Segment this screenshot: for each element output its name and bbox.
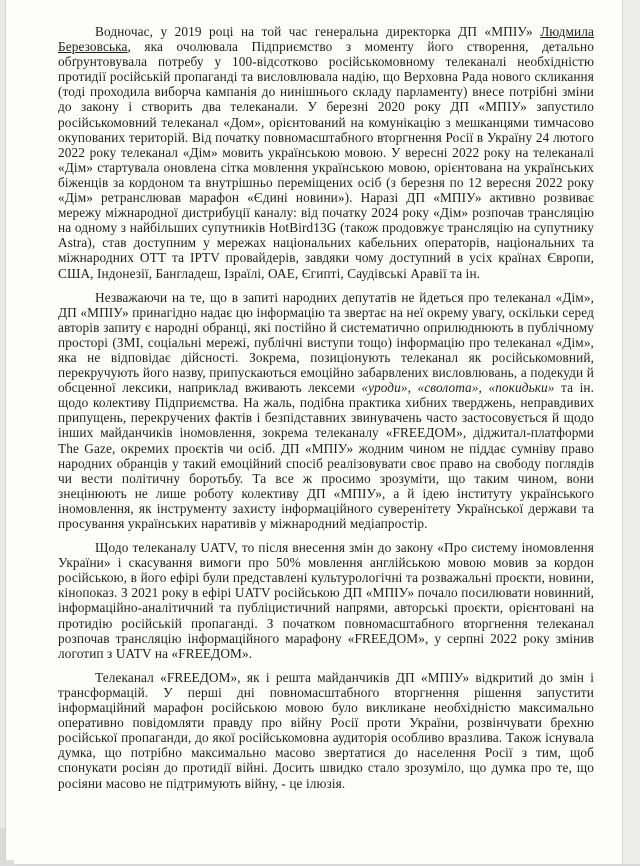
paragraph-1-text: Водночас, у 2019 році на той час генерал… [95, 24, 540, 39]
paragraph-2-text-cont: та ін. щодо колективу Підприємства. На ж… [58, 380, 594, 531]
paragraph-3-text: Щодо телеканалу UATV, то після внесення … [58, 540, 594, 661]
paragraph-4-text: Телеканал «FREEДОМ», як і решта майданчи… [58, 670, 594, 791]
paragraph-1-text-cont: , яка очолювала Підприємство з моменту й… [58, 39, 594, 280]
paragraph-1: Водночас, у 2019 році на той час генерал… [58, 24, 594, 281]
italic-lexemes: «уроди», «сволота», «покидьки» [361, 380, 554, 395]
scan-corner-shadow [0, 860, 14, 866]
paragraph-4: Телеканал «FREEДОМ», як і решта майданчи… [58, 670, 594, 791]
scan-edge-right [622, 0, 640, 866]
document-page: Водночас, у 2019 році на той час генерал… [0, 0, 640, 866]
scan-edge-left [0, 0, 6, 866]
paragraph-3: Щодо телеканалу UATV, то після внесення … [58, 540, 594, 661]
document-text-block: Водночас, у 2019 році на той час генерал… [58, 24, 594, 800]
paragraph-2: Незважаючи на те, що в запиті народних д… [58, 290, 594, 532]
